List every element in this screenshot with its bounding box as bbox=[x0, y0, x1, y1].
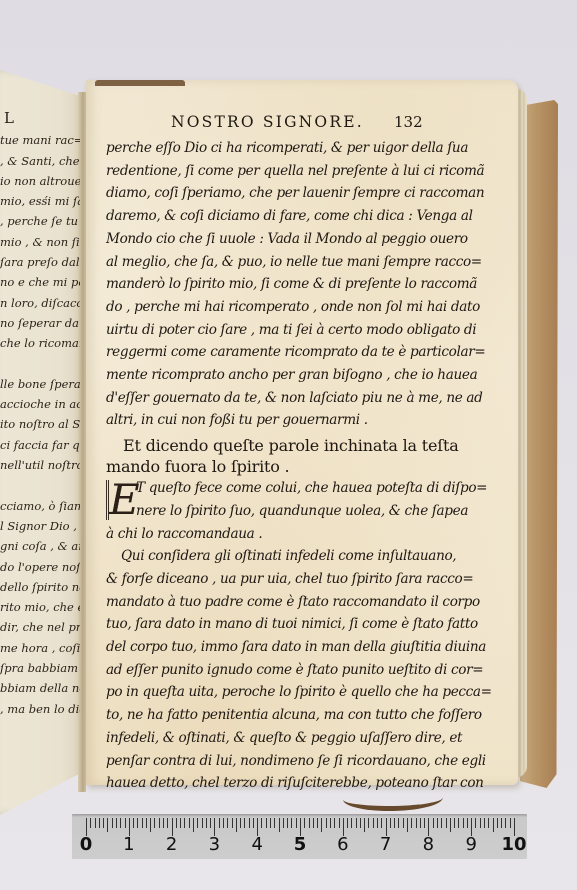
text-line: Qui conſidera gli oſtinati infedeli come… bbox=[106, 545, 428, 568]
text-line: penſar contra di lui, nondimeno ſe ſi ri… bbox=[106, 750, 428, 773]
text-line: daremo, & coſi diciamo di fare, come chi… bbox=[106, 205, 428, 228]
text-line: tuo, ſara dato in mano di tuoi nimici, ſ… bbox=[106, 613, 428, 636]
ruler-tick bbox=[326, 818, 327, 828]
ruler-label: 4 bbox=[251, 834, 262, 855]
paragraph-1: perche eſſo Dio ci ha ricomperati, & per… bbox=[106, 137, 428, 432]
ruler-tick bbox=[163, 818, 164, 828]
ruler-tick bbox=[373, 818, 374, 828]
ruler-label: 1 bbox=[123, 834, 134, 855]
text-line: dir, che nel preſen= bbox=[0, 617, 80, 637]
ruler-tick bbox=[467, 818, 468, 828]
text-line: redentione, ſi come per quella nel preſe… bbox=[106, 160, 428, 183]
text-line: ſpra babbiam detto, bbox=[0, 658, 80, 678]
ruler-label: 0 bbox=[80, 834, 93, 855]
text-line: to, ne ha fatto penitentia alcuna, ma co… bbox=[106, 704, 428, 727]
text-line: io non altroue bbox=[0, 171, 80, 191]
ruler-tick bbox=[398, 818, 399, 828]
text-line: mio , & non ſi bbox=[0, 232, 80, 252]
ruler-tick bbox=[450, 818, 451, 832]
ruler-tick bbox=[112, 818, 113, 828]
text-line: al meglio, che ſa, & puo, io nelle tue m… bbox=[106, 251, 428, 274]
ruler-tick bbox=[351, 818, 352, 828]
text-line: no e che mi poſ bbox=[0, 272, 80, 292]
ruler-tick bbox=[120, 818, 121, 828]
text-line: lle bone ſperanze bbox=[0, 374, 80, 394]
text-line: che lo ricomando bbox=[0, 333, 80, 353]
ruler-tick bbox=[95, 818, 96, 828]
text-line: infedeli, & oſtinati, & queſto & peggio … bbox=[106, 727, 428, 750]
ruler-tick bbox=[381, 818, 382, 828]
ruler-tick bbox=[339, 818, 340, 828]
ruler-tick bbox=[334, 818, 335, 828]
ruler-tick bbox=[480, 818, 481, 828]
ruler-tick bbox=[270, 818, 271, 828]
ruler-tick bbox=[176, 818, 177, 828]
running-head: NOSTRO SIGNORE. 132 bbox=[106, 111, 428, 137]
text-line: po in queſta uita, peroche lo ſpirito è … bbox=[106, 681, 428, 704]
ruler-tick bbox=[103, 818, 104, 828]
dropcap-letter: E bbox=[106, 480, 133, 520]
ruler-tick bbox=[313, 818, 314, 828]
ruler-tick bbox=[125, 818, 126, 828]
ruler-tick bbox=[287, 818, 288, 828]
ruler-tick bbox=[368, 818, 369, 828]
ruler-tick bbox=[403, 818, 404, 828]
ruler-tick bbox=[146, 818, 147, 828]
text-line: altri, in cui non foßi tu per gouernarmi… bbox=[106, 409, 428, 432]
paragraph-3: Qui conſidera gli oſtinati infedeli come… bbox=[106, 545, 428, 795]
ruler-tick bbox=[321, 818, 322, 832]
text-line: nere lo ſpirito ſuo, quandunque uoleа, &… bbox=[106, 500, 428, 523]
text-line: reggermi come caramente ricomprato da te… bbox=[106, 341, 428, 364]
text-line: n loro, diſcaccia bbox=[0, 293, 80, 313]
ruler-tick bbox=[407, 818, 408, 832]
ruler-tick bbox=[210, 818, 211, 828]
ruler-tick bbox=[484, 818, 485, 828]
right-page-text: NOSTRO SIGNORE. 132 perche eſſo Dio ci h… bbox=[106, 111, 428, 795]
ruler-tick bbox=[433, 818, 434, 828]
ruler-tick bbox=[193, 818, 194, 832]
text-line: , & Santi, che bbox=[0, 151, 80, 171]
ruler-label: 8 bbox=[423, 834, 434, 855]
text-line: gni coſa , & ancho bbox=[0, 536, 80, 556]
ruler-tick bbox=[458, 818, 459, 828]
ruler-tick bbox=[510, 818, 511, 828]
ruler-tick bbox=[424, 818, 425, 828]
ruler-tick bbox=[232, 818, 233, 828]
paragraph-2: E T queſto fece come colui, che haueа po… bbox=[106, 477, 428, 545]
ruler-label: 10 bbox=[501, 834, 526, 855]
ruler-tick bbox=[317, 818, 318, 828]
ruler-tick bbox=[283, 818, 284, 828]
ruler-tick bbox=[142, 818, 143, 828]
ruler-tick bbox=[411, 818, 412, 828]
ruler-tick bbox=[202, 818, 203, 828]
ruler-tick bbox=[189, 818, 190, 828]
ruler-tick bbox=[446, 818, 447, 828]
text-line: mandato à tuo padre come è ſtato raccoma… bbox=[106, 591, 428, 614]
leather-tie bbox=[343, 786, 443, 811]
ruler-tick bbox=[416, 818, 417, 828]
ruler-tick bbox=[274, 818, 275, 828]
blank-line bbox=[0, 354, 80, 374]
text-line: à chi lo raccomandaua . bbox=[106, 523, 428, 546]
text-line: & forſe diceano , ua pur uia, chel tuo ſ… bbox=[106, 568, 428, 591]
ruler-tick bbox=[279, 818, 280, 832]
ruler-tick bbox=[219, 818, 220, 828]
ruler-tick bbox=[356, 818, 357, 828]
ruler-tick bbox=[240, 818, 241, 828]
ruler-tick bbox=[390, 818, 391, 828]
ruler-tick bbox=[206, 818, 207, 828]
text-line: Et dicendo queſte parole inchinata la te… bbox=[106, 435, 428, 456]
ruler-label: 7 bbox=[380, 834, 391, 855]
ruler-tick bbox=[493, 818, 494, 832]
ruler-tick bbox=[227, 818, 228, 828]
text-line: cciamo, ò ſiam per bbox=[0, 496, 80, 516]
ruler-tick bbox=[364, 818, 365, 832]
text-line: , ma ben lo diciamo, bbox=[0, 699, 80, 719]
text-line: dello ſpirito noſtro. bbox=[0, 577, 80, 597]
ruler-tick bbox=[244, 818, 245, 828]
text-line: ad eſſer punito ignudo come è ſtato puni… bbox=[106, 659, 428, 682]
page-number: 132 bbox=[394, 113, 423, 131]
text-line: accioche in accet= bbox=[0, 394, 80, 414]
scale-ruler: 012345678910 bbox=[72, 814, 527, 859]
text-line: diamo, coſi ſperiamo, che per lauenir ſe… bbox=[106, 182, 428, 205]
ruler-tick bbox=[505, 818, 506, 828]
text-line: d'eſſer gouernato da te, & non laſciato … bbox=[106, 387, 428, 410]
ruler-tick bbox=[150, 818, 151, 832]
ruler-tick bbox=[454, 818, 455, 828]
text-line: do , perche mi hai ricomperato , onde no… bbox=[106, 296, 428, 319]
text-line: no ſeperar da te; bbox=[0, 313, 80, 333]
ruler-tick bbox=[330, 818, 331, 828]
text-line: nell'util noſtro che bbox=[0, 455, 80, 475]
ruler-tick bbox=[249, 818, 250, 828]
text-line: ci faccia far quel bbox=[0, 435, 80, 455]
ruler-tick bbox=[223, 818, 224, 828]
ruler-tick bbox=[236, 818, 237, 832]
ruler-tick bbox=[159, 818, 160, 828]
ruler-tick bbox=[304, 818, 305, 828]
ruler-tick bbox=[266, 818, 267, 828]
ruler-tick bbox=[107, 818, 108, 832]
left-running-head: L bbox=[0, 108, 80, 128]
ruler-tick bbox=[360, 818, 361, 828]
ruler-tick bbox=[180, 818, 181, 828]
ruler-tick bbox=[309, 818, 310, 828]
ruler-tick bbox=[184, 818, 185, 828]
ruler-tick bbox=[475, 818, 476, 828]
text-line: tue mani rac= bbox=[0, 130, 80, 150]
photo-stage: L tue mani rac=, & Santi, cheio non altr… bbox=[0, 0, 577, 890]
ruler-tick bbox=[394, 818, 395, 828]
binding-stain bbox=[95, 80, 185, 86]
text-line: ito noſtro al Si= bbox=[0, 414, 80, 434]
section-heading: Et dicendo queſte parole inchinata la te… bbox=[106, 435, 428, 477]
text-line: me hora , coſi ſem= bbox=[0, 638, 80, 658]
ruler-label: 5 bbox=[294, 834, 307, 855]
ruler-tick bbox=[137, 818, 138, 828]
ruler-tick bbox=[488, 818, 489, 828]
text-line: uirtu di poter cio ſare , ma ti ſei à ce… bbox=[106, 319, 428, 342]
ruler-tick bbox=[377, 818, 378, 828]
ruler-tick bbox=[116, 818, 117, 828]
ruler-tick bbox=[90, 818, 91, 828]
text-line: Mondo cio che ſi uuole : Vada il Mondo a… bbox=[106, 228, 428, 251]
text-line: manderò lo ſpirito mio, ſi come & di pre… bbox=[106, 273, 428, 296]
text-line: T queſto fece come colui, che haueа pote… bbox=[106, 477, 428, 500]
ruler-tick bbox=[501, 818, 502, 828]
text-line: ſara preſo dalle bbox=[0, 252, 80, 272]
text-line: perche eſſo Dio ci ha ricomperati, & per… bbox=[106, 137, 428, 160]
text-line: do l'opere noſtre, bbox=[0, 557, 80, 577]
ruler-tick bbox=[261, 818, 262, 828]
ruler-tick bbox=[253, 818, 254, 828]
ruler-tick bbox=[497, 818, 498, 828]
text-line: , perche ſe tu bbox=[0, 211, 80, 231]
ruler-tick bbox=[420, 818, 421, 828]
text-line: mio, esśi mi ſa= bbox=[0, 191, 80, 211]
ruler-tick bbox=[197, 818, 198, 828]
ruler-tick bbox=[347, 818, 348, 828]
ruler-tick bbox=[441, 818, 442, 828]
text-line: bbiam della noſtra ò bbox=[0, 678, 80, 698]
ruler-tick bbox=[291, 818, 292, 828]
text-line: l Signor Dio , ac= bbox=[0, 516, 80, 536]
running-head-title: NOSTRO SIGNORE. bbox=[171, 113, 364, 131]
left-page-lines: tue mani rac=, & Santi, cheio non altrou… bbox=[0, 130, 80, 719]
ruler-tick bbox=[437, 818, 438, 828]
ruler-tick bbox=[167, 818, 168, 828]
ruler-label: 9 bbox=[465, 834, 476, 855]
text-line: mando fuora lo ſpirito . bbox=[106, 456, 428, 477]
text-line: rito mio, che e par= bbox=[0, 597, 80, 617]
left-page-text: L tue mani rac=, & Santi, cheio non altr… bbox=[0, 108, 80, 719]
text-line: mente ricomprato ancho per gran biſogno … bbox=[106, 364, 428, 387]
ruler-tick bbox=[133, 818, 134, 828]
text-line: del corpo tuo, immo ſara dato in man del… bbox=[106, 636, 428, 659]
blank-line bbox=[0, 475, 80, 495]
ruler-label: 2 bbox=[166, 834, 177, 855]
ruler-label: 3 bbox=[209, 834, 220, 855]
ruler-tick bbox=[463, 818, 464, 828]
ruler-label: 6 bbox=[337, 834, 348, 855]
ruler-tick bbox=[99, 818, 100, 828]
ruler-tick bbox=[296, 818, 297, 828]
ruler-tick bbox=[154, 818, 155, 828]
